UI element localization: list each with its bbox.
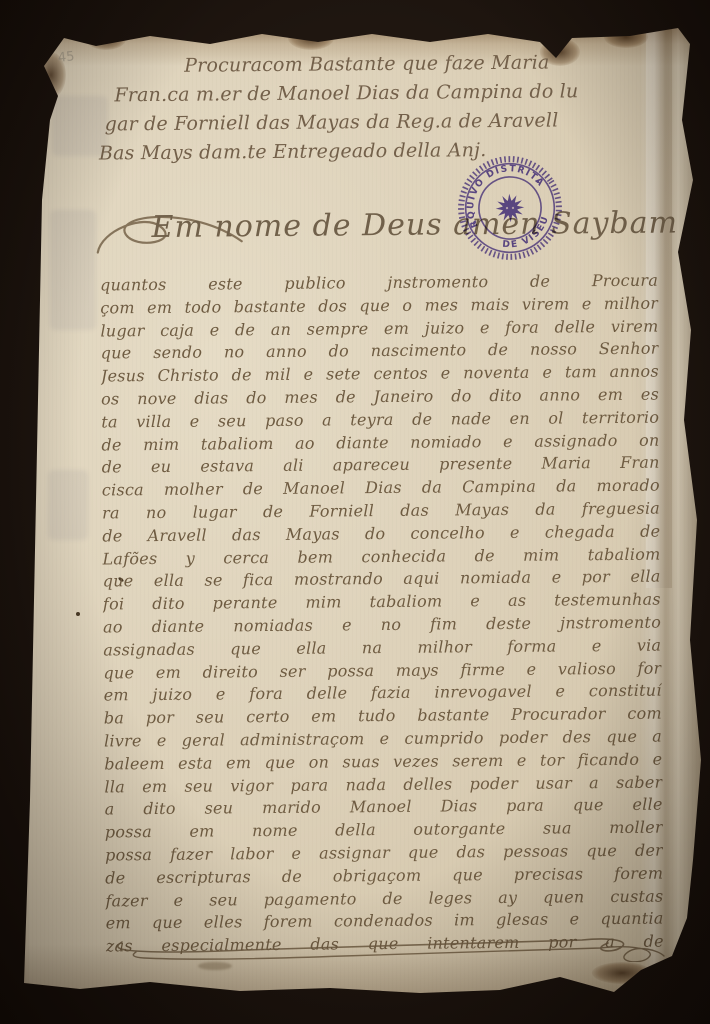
- manuscript-paper: 45 Procuracom Bastante que faze Maria Fr…: [0, 0, 710, 1024]
- ink-smudge: [198, 962, 232, 970]
- singe-spot: [604, 26, 648, 48]
- heading-line: Bas Mays dam.te Entregeado della Anj.: [99, 135, 665, 169]
- singe-spot: [288, 26, 334, 50]
- stamp-star-emblem: [490, 188, 529, 227]
- pencil-folio-number: 45: [57, 49, 75, 66]
- photograph: 45 Procuracom Bastante que faze Maria Fr…: [0, 0, 710, 1024]
- document-body: quantos este publico jnstromento de Proc…: [100, 270, 672, 959]
- opening-invocation: Em nome de Deus amen Saybam: [151, 205, 678, 245]
- singe-spot: [592, 962, 652, 984]
- left-edge-shadow: [0, 0, 30, 1024]
- ink-speck: [76, 612, 80, 616]
- singe-spot: [86, 28, 126, 50]
- handwritten-text: Procuracom Bastante que faze Maria Fran.…: [98, 48, 672, 959]
- closing-flourish-rule: [112, 928, 668, 962]
- bleedthrough-mark: [48, 470, 88, 540]
- heading-line: Procuracom Bastante que faze Maria: [184, 48, 664, 81]
- bleedthrough-mark: [50, 210, 96, 330]
- document-heading: Procuracom Bastante que faze Maria Fran.…: [98, 48, 665, 169]
